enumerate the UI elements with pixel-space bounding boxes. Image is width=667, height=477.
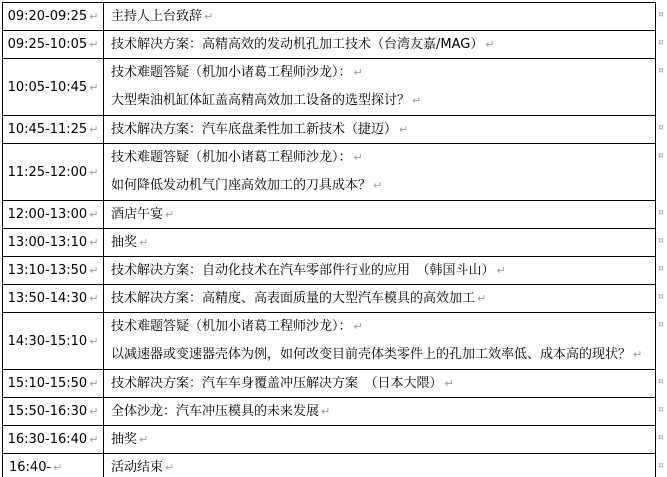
agenda-cell: 抽奖↵ [104, 229, 656, 257]
time-cell: 13:50-14:30↵ [3, 285, 104, 313]
time-cell: 10:05-10:45↵ [3, 59, 104, 116]
paragraph-mark-icon: ↵ [139, 433, 148, 446]
row-end-markers: ¤¤¤¤¤¤¤¤¤¤¤¤¤¤ [658, 2, 667, 477]
paragraph-mark-icon: ↵ [89, 10, 98, 23]
end-of-row-mark-icon: ¤ [658, 265, 664, 274]
time-text: 13:10-13:50 [8, 263, 88, 278]
agenda-cell: 主持人上台致辞↵ [104, 3, 656, 31]
end-of-row-mark-icon: ¤ [658, 293, 664, 302]
agenda-text: 技术难题答疑（机加小诸葛工程师沙龙）： [111, 319, 352, 334]
agenda-line: 大型柴油机缸体缸盖高精高效加工设备的选型探讨？↵ [104, 87, 655, 115]
paragraph-mark-icon: ↵ [165, 208, 174, 221]
agenda-cell: 酒店午宴↵ [104, 201, 656, 229]
agenda-line: 技术解决方案：高精高效的发动机孔加工技术（台湾友嘉/MAG）↵ [104, 32, 655, 58]
document-page: 09:20-09:25↵ 主持人上台致辞↵ 09:25-10:05↵ 技术解决方… [0, 0, 667, 477]
table-row: 09:20-09:25↵ 主持人上台致辞↵ [3, 3, 656, 31]
agenda-text: 全体沙龙：汽车冲压模具的未来发展 [111, 404, 319, 419]
paragraph-mark-icon: ↵ [497, 264, 506, 277]
paragraph-mark-icon: ↵ [89, 264, 98, 277]
agenda-cell: 技术解决方案：汽车底盘柔性加工新技术（捷迈）↵ [104, 116, 656, 144]
end-of-row-mark-icon: ¤ [658, 378, 664, 387]
time-text: 09:25-10:05 [8, 37, 88, 52]
agenda-text: 技术解决方案：自动化技术在汽车零部件行业的应用 （韩国斗山） [111, 263, 495, 278]
paragraph-mark-icon: ↵ [89, 166, 98, 179]
paragraph-mark-icon: ↵ [89, 123, 98, 136]
time-cell: 14:30-15:10↵ [3, 313, 104, 370]
agenda-cell: 技术难题答疑（机加小诸葛工程师沙龙）：↵如何降低发动机气门座高效加工的刀具成本？… [104, 144, 656, 201]
agenda-cell: 技术难题答疑（机加小诸葛工程师沙龙）：↵大型柴油机缸体缸盖高精高效加工设备的选型… [104, 59, 656, 116]
table-row: 12:00-13:00↵ 酒店午宴↵ [3, 201, 656, 229]
time-text: 12:00-13:00 [8, 207, 88, 222]
end-of-row-mark-icon: ¤ [658, 237, 664, 246]
agenda-cell: 抽奖↵ [104, 426, 656, 454]
paragraph-mark-icon: ↵ [165, 461, 174, 474]
agenda-cell: 技术解决方案：自动化技术在汽车零部件行业的应用 （韩国斗山）↵ [104, 257, 656, 285]
agenda-text: 技术解决方案：高精度、高表面质量的大型汽车模具的高效加工 [111, 291, 475, 306]
agenda-line: 技术难题答疑（机加小诸葛工程师沙龙）：↵ [104, 59, 655, 87]
time-text: 14:30-15:10 [8, 334, 88, 349]
end-of-row-mark-icon: ¤ [658, 406, 664, 415]
table-row: 10:05-10:45↵ 技术难题答疑（机加小诸葛工程师沙龙）：↵大型柴油机缸体… [3, 59, 656, 116]
paragraph-mark-icon: ↵ [139, 236, 148, 249]
time-cell: 12:00-13:00↵ [3, 201, 104, 229]
table-row: 11:25-12:00↵ 技术难题答疑（机加小诸葛工程师沙龙）：↵如何降低发动机… [3, 144, 656, 201]
agenda-line: 技术解决方案：汽车底盘柔性加工新技术（捷迈）↵ [104, 117, 655, 143]
time-text: 13:00-13:10 [8, 235, 88, 250]
table-row: 16:40-↵ 活动结束↵ [3, 454, 656, 477]
table-row: 13:00-13:10↵ 抽奖↵ [3, 229, 656, 257]
paragraph-mark-icon: ↵ [204, 10, 213, 23]
agenda-text: 技术解决方案：汽车底盘柔性加工新技术（捷迈） [111, 122, 397, 137]
time-text: 10:45-11:25 [8, 122, 88, 137]
time-text: 15:10-15:50 [8, 376, 88, 391]
paragraph-mark-icon: ↵ [89, 38, 98, 51]
paragraph-mark-icon: ↵ [89, 377, 98, 390]
paragraph-mark-icon: ↵ [89, 433, 98, 446]
agenda-line: 以减速器或变速器壳体为例，如何改变目前壳体类零件上的孔加工效率低、成本高的现状？… [104, 341, 655, 369]
paragraph-mark-icon: ↵ [89, 405, 98, 418]
agenda-cell: 技术难题答疑（机加小诸葛工程师沙龙）：↵以减速器或变速器壳体为例，如何改变目前壳… [104, 313, 656, 370]
paragraph-mark-icon: ↵ [477, 292, 486, 305]
end-of-row-mark-icon: ¤ [658, 434, 664, 443]
agenda-text: 抽奖 [111, 432, 137, 447]
agenda-line: 技术难题答疑（机加小诸葛工程师沙龙）：↵ [104, 313, 655, 341]
time-cell: 16:30-16:40↵ [3, 426, 104, 454]
end-of-row-mark-icon: ¤ [658, 67, 664, 76]
paragraph-mark-icon: ↵ [53, 461, 62, 474]
agenda-cell: 技术解决方案：汽车车身覆盖冲压解决方案 （日本大隈）↵ [104, 370, 656, 398]
time-cell: 15:50-16:30↵ [3, 398, 104, 426]
agenda-line: 全体沙龙：汽车冲压模具的未来发展↵ [104, 399, 655, 425]
time-text: 10:05-10:45 [8, 80, 88, 95]
time-text: 16:40- [9, 460, 51, 475]
agenda-text: 活动结束 [111, 460, 163, 475]
agenda-text: 抽奖 [111, 235, 137, 250]
end-of-row-mark-icon: ¤ [658, 152, 664, 161]
agenda-line: 抽奖↵ [104, 427, 655, 453]
agenda-cell: 技术解决方案：高精度、高表面质量的大型汽车模具的高效加工↵ [104, 285, 656, 313]
end-of-row-mark-icon: ¤ [658, 462, 664, 471]
end-of-row-mark-icon: ¤ [658, 124, 664, 133]
table-row: 13:10-13:50↵ 技术解决方案：自动化技术在汽车零部件行业的应用 （韩国… [3, 257, 656, 285]
table-row: 15:50-16:30↵ 全体沙龙：汽车冲压模具的未来发展↵ [3, 398, 656, 426]
agenda-text: 技术解决方案：高精高效的发动机孔加工技术（台湾友嘉/MAG） [111, 37, 483, 52]
end-of-row-mark-icon: ¤ [658, 209, 664, 218]
agenda-line: 主持人上台致辞↵ [104, 4, 655, 30]
time-cell: 15:10-15:50↵ [3, 370, 104, 398]
time-cell: 11:25-12:00↵ [3, 144, 104, 201]
paragraph-mark-icon: ↵ [89, 81, 98, 94]
paragraph-mark-icon: ↵ [354, 151, 363, 164]
time-cell: 13:00-13:10↵ [3, 229, 104, 257]
time-cell: 16:40-↵ [3, 454, 104, 477]
paragraph-mark-icon: ↵ [445, 377, 454, 390]
agenda-line: 技术解决方案：自动化技术在汽车零部件行业的应用 （韩国斗山）↵ [104, 258, 655, 284]
table-row: 09:25-10:05↵ 技术解决方案：高精高效的发动机孔加工技术（台湾友嘉/M… [3, 31, 656, 59]
table-row: 14:30-15:10↵ 技术难题答疑（机加小诸葛工程师沙龙）：↵以减速器或变速… [3, 313, 656, 370]
time-text: 15:50-16:30 [8, 404, 88, 419]
paragraph-mark-icon: ↵ [633, 348, 642, 361]
paragraph-mark-icon: ↵ [354, 320, 363, 333]
agenda-line: 活动结束↵ [104, 455, 655, 477]
agenda-line: 技术解决方案：高精度、高表面质量的大型汽车模具的高效加工↵ [104, 286, 655, 312]
agenda-text: 酒店午宴 [111, 207, 163, 222]
agenda-text: 技术解决方案：汽车车身覆盖冲压解决方案 （日本大隈） [111, 376, 443, 391]
agenda-text: 以减速器或变速器壳体为例，如何改变目前壳体类零件上的孔加工效率低、成本高的现状？ [111, 347, 631, 362]
paragraph-mark-icon: ↵ [354, 66, 363, 79]
table-row: 13:50-14:30↵ 技术解决方案：高精度、高表面质量的大型汽车模具的高效加… [3, 285, 656, 313]
agenda-text: 主持人上台致辞 [111, 9, 202, 24]
paragraph-mark-icon: ↵ [321, 405, 330, 418]
paragraph-mark-icon: ↵ [399, 123, 408, 136]
agenda-text: 如何降低发动机气门座高效加工的刀具成本？ [111, 178, 371, 193]
agenda-cell: 技术解决方案：高精高效的发动机孔加工技术（台湾友嘉/MAG）↵ [104, 31, 656, 59]
agenda-cell: 活动结束↵ [104, 454, 656, 477]
agenda-line: 技术解决方案：汽车车身覆盖冲压解决方案 （日本大隈）↵ [104, 371, 655, 397]
paragraph-mark-icon: ↵ [89, 335, 98, 348]
table-row: 16:30-16:40↵ 抽奖↵ [3, 426, 656, 454]
time-cell: 09:25-10:05↵ [3, 31, 104, 59]
paragraph-mark-icon: ↵ [89, 208, 98, 221]
time-cell: 10:45-11:25↵ [3, 116, 104, 144]
paragraph-mark-icon: ↵ [485, 38, 494, 51]
agenda-cell: 全体沙龙：汽车冲压模具的未来发展↵ [104, 398, 656, 426]
agenda-line: 技术难题答疑（机加小诸葛工程师沙龙）：↵ [104, 144, 655, 172]
agenda-text: 技术难题答疑（机加小诸葛工程师沙龙）： [111, 65, 352, 80]
table-row: 10:45-11:25↵ 技术解决方案：汽车底盘柔性加工新技术（捷迈）↵ [3, 116, 656, 144]
end-of-row-mark-icon: ¤ [658, 321, 664, 330]
time-text: 09:20-09:25 [8, 9, 88, 24]
paragraph-mark-icon: ↵ [89, 292, 98, 305]
schedule-table: 09:20-09:25↵ 主持人上台致辞↵ 09:25-10:05↵ 技术解决方… [2, 2, 656, 477]
time-cell: 13:10-13:50↵ [3, 257, 104, 285]
end-of-row-mark-icon: ¤ [658, 39, 664, 48]
time-text: 11:25-12:00 [8, 165, 88, 180]
agenda-text: 大型柴油机缸体缸盖高精高效加工设备的选型探讨？ [111, 93, 410, 108]
agenda-line: 抽奖↵ [104, 230, 655, 256]
agenda-text: 技术难题答疑（机加小诸葛工程师沙龙）： [111, 150, 352, 165]
time-text: 13:50-14:30 [8, 291, 88, 306]
end-of-row-mark-icon: ¤ [658, 11, 664, 20]
time-cell: 09:20-09:25↵ [3, 3, 104, 31]
paragraph-mark-icon: ↵ [89, 236, 98, 249]
agenda-line: 如何降低发动机气门座高效加工的刀具成本？↵ [104, 172, 655, 200]
table-row: 15:10-15:50↵ 技术解决方案：汽车车身覆盖冲压解决方案 （日本大隈）↵ [3, 370, 656, 398]
paragraph-mark-icon: ↵ [373, 179, 382, 192]
paragraph-mark-icon: ↵ [412, 94, 421, 107]
time-text: 16:30-16:40 [8, 432, 88, 447]
agenda-line: 酒店午宴↵ [104, 202, 655, 228]
